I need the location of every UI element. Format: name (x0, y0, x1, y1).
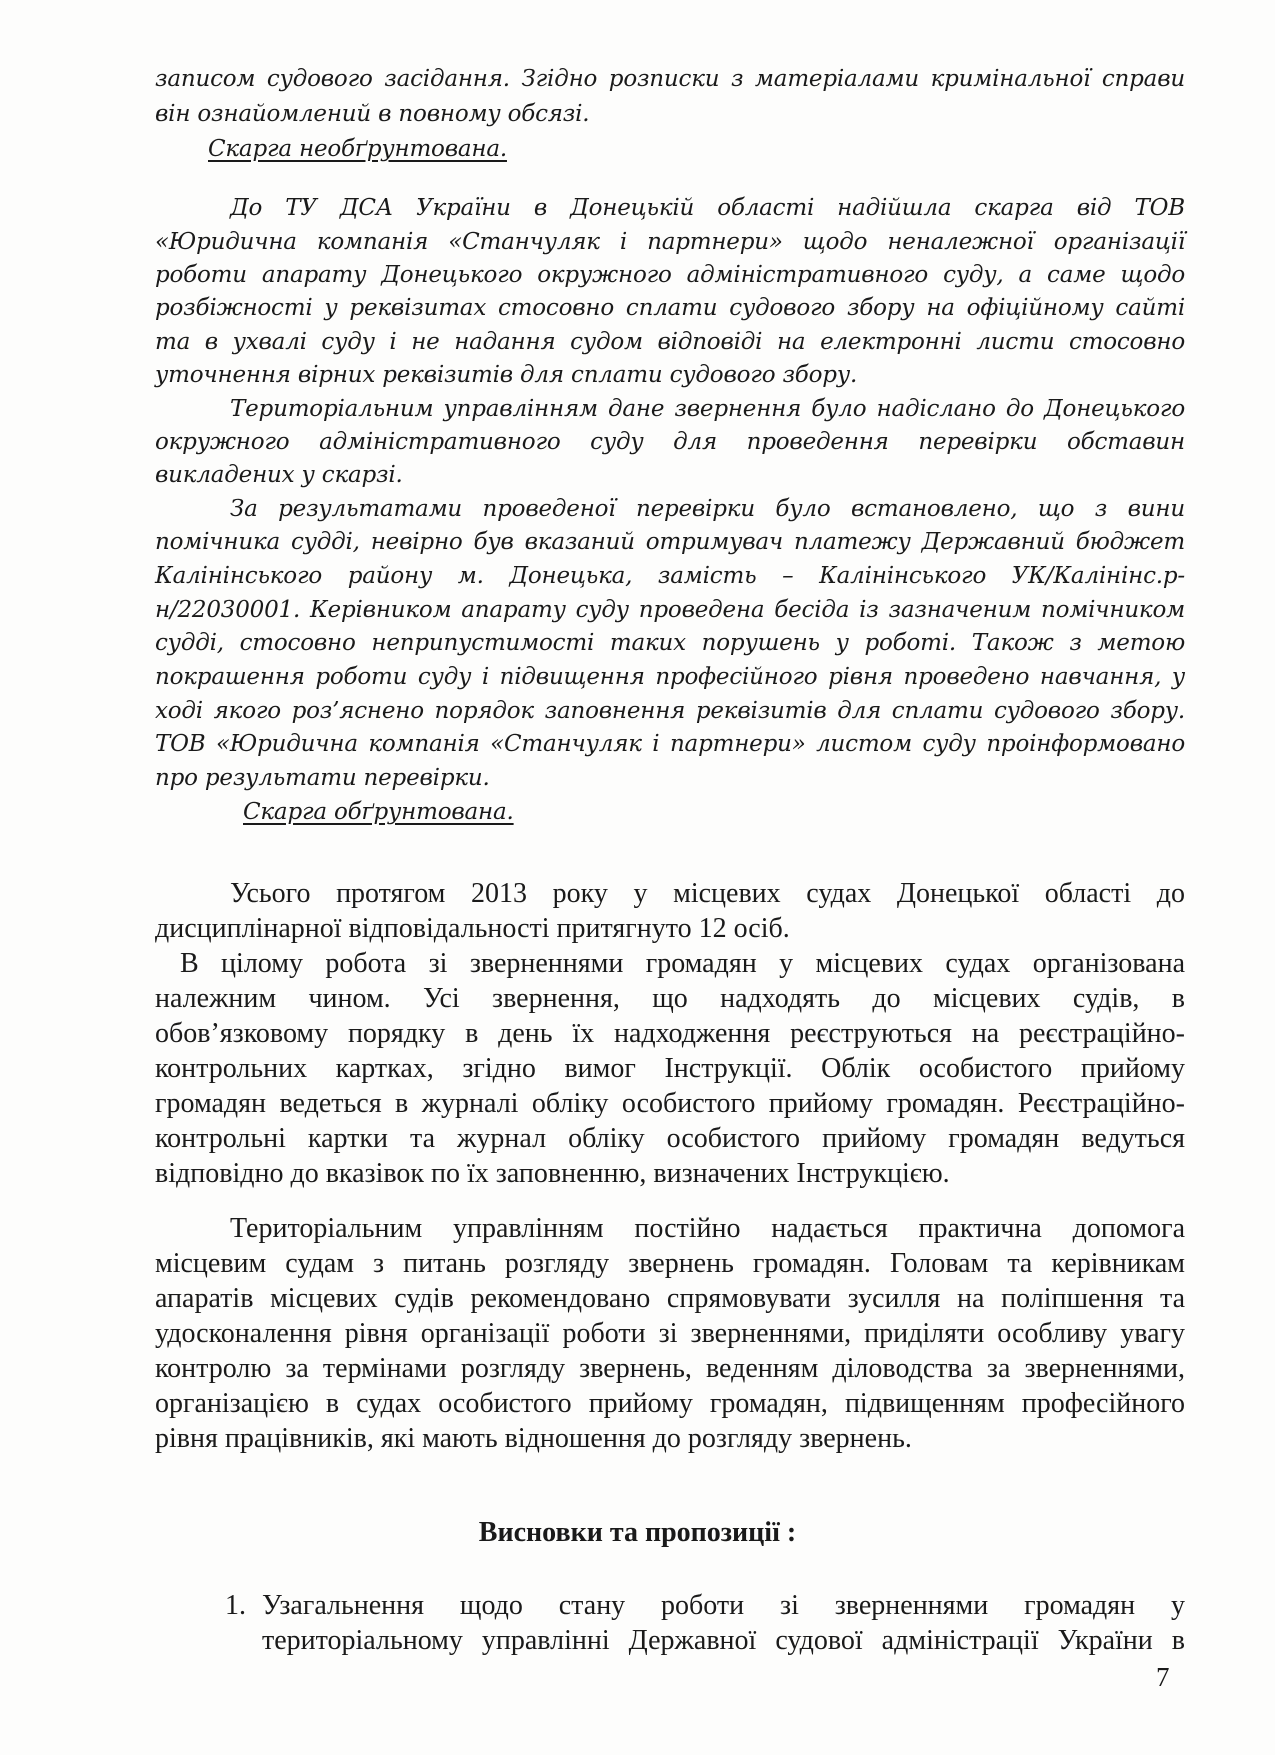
body-line: організацією в судах особистого прийому … (155, 1388, 1185, 1420)
document-page: записом судового засідання. Згідно розпи… (0, 0, 1275, 1755)
body-line: Калінінського району м. Донецька, заміст… (155, 563, 1185, 589)
page-number: 7 (1156, 1662, 1170, 1693)
body-line: контрольні картки та журнал обліку особи… (155, 1123, 1185, 1155)
body-line: уточнення вірних реквізитів для сплати с… (155, 362, 1185, 388)
verdict-founded: Скарга обґрунтована. (243, 799, 514, 825)
body-line: Територіальним управлінням дане зверненн… (230, 396, 1185, 422)
body-line: дисциплінарної відповідальності притягну… (155, 913, 1185, 945)
body-line: про результати перевірки. (155, 765, 1185, 791)
body-line: помічника судді, невірно був вказаний от… (155, 529, 1185, 555)
body-line: викладених у скарзі. (155, 462, 1185, 488)
body-line: обов’язковому порядку в день їх надходже… (155, 1018, 1185, 1050)
body-line: роботи апарату Донецького окружного адмі… (155, 262, 1185, 288)
body-line: контрольних картках, згідно вимог Інстру… (155, 1053, 1185, 1085)
body-line: рівня працівників, які мають відношення … (155, 1423, 1185, 1455)
body-line: громадян ведеться в журналі обліку особи… (155, 1088, 1185, 1120)
verdict-text: Скарга необґрунтована. (208, 136, 507, 162)
body-line: місцевим судам з питань розгляду звернен… (155, 1248, 1185, 1280)
body-line: окружного адміністративного суду для про… (155, 429, 1185, 455)
list-number: 1. (225, 1590, 246, 1622)
body-line: ТОВ «Юридична компанія «Станчуляк і парт… (155, 731, 1185, 757)
list-item-line: територіальному управлінні Державної суд… (262, 1625, 1185, 1657)
body-line: н/22030001. Керівником апарату суду пров… (155, 597, 1185, 623)
body-line: належним чином. Усі звернення, що надход… (155, 983, 1185, 1015)
body-line: Територіальним управлінням постійно нада… (230, 1213, 1185, 1245)
body-line: апаратів місцевих судів рекомендовано сп… (155, 1283, 1185, 1315)
body-line: ході якого роз’яснено порядок заповнення… (155, 698, 1185, 724)
body-line: записом судового засідання. Згідно розпи… (155, 66, 1185, 92)
list-item-line: Узагальнення щодо стану роботи зі зверне… (262, 1590, 1185, 1622)
verdict-unfounded: Скарга необґрунтована. (208, 136, 507, 162)
body-line: та в ухвалі суду і не надання судом відп… (155, 329, 1185, 355)
verdict-text: Скарга обґрунтована. (243, 799, 514, 825)
body-line: За результатами проведеної перевірки бул… (230, 496, 1185, 522)
body-line: «Юридична компанія «Станчуляк і партнери… (155, 229, 1185, 255)
body-line: судді, стосовно неприпустимості таких по… (155, 630, 1185, 656)
body-line: контролю за термінами розгляду звернень,… (155, 1353, 1185, 1385)
body-line: Усього протягом 2013 року у місцевих суд… (230, 878, 1185, 910)
body-line: удосконалення рівня організації роботи з… (155, 1318, 1185, 1350)
body-line: відповідно до вказівок по їх заповненню,… (155, 1158, 1185, 1190)
body-line: він ознайомлений в повному обсязі. (155, 101, 1185, 127)
body-line: В цілому робота зі зверненнями громадян … (180, 948, 1185, 980)
section-heading: Висновки та пропозиції : (0, 1517, 1275, 1549)
body-line: покрашення роботи суду і підвищення проф… (155, 664, 1185, 690)
body-line: розбіжності у реквізитах стосовно сплати… (155, 295, 1185, 321)
body-line: До ТУ ДСА України в Донецькій області на… (230, 195, 1185, 221)
